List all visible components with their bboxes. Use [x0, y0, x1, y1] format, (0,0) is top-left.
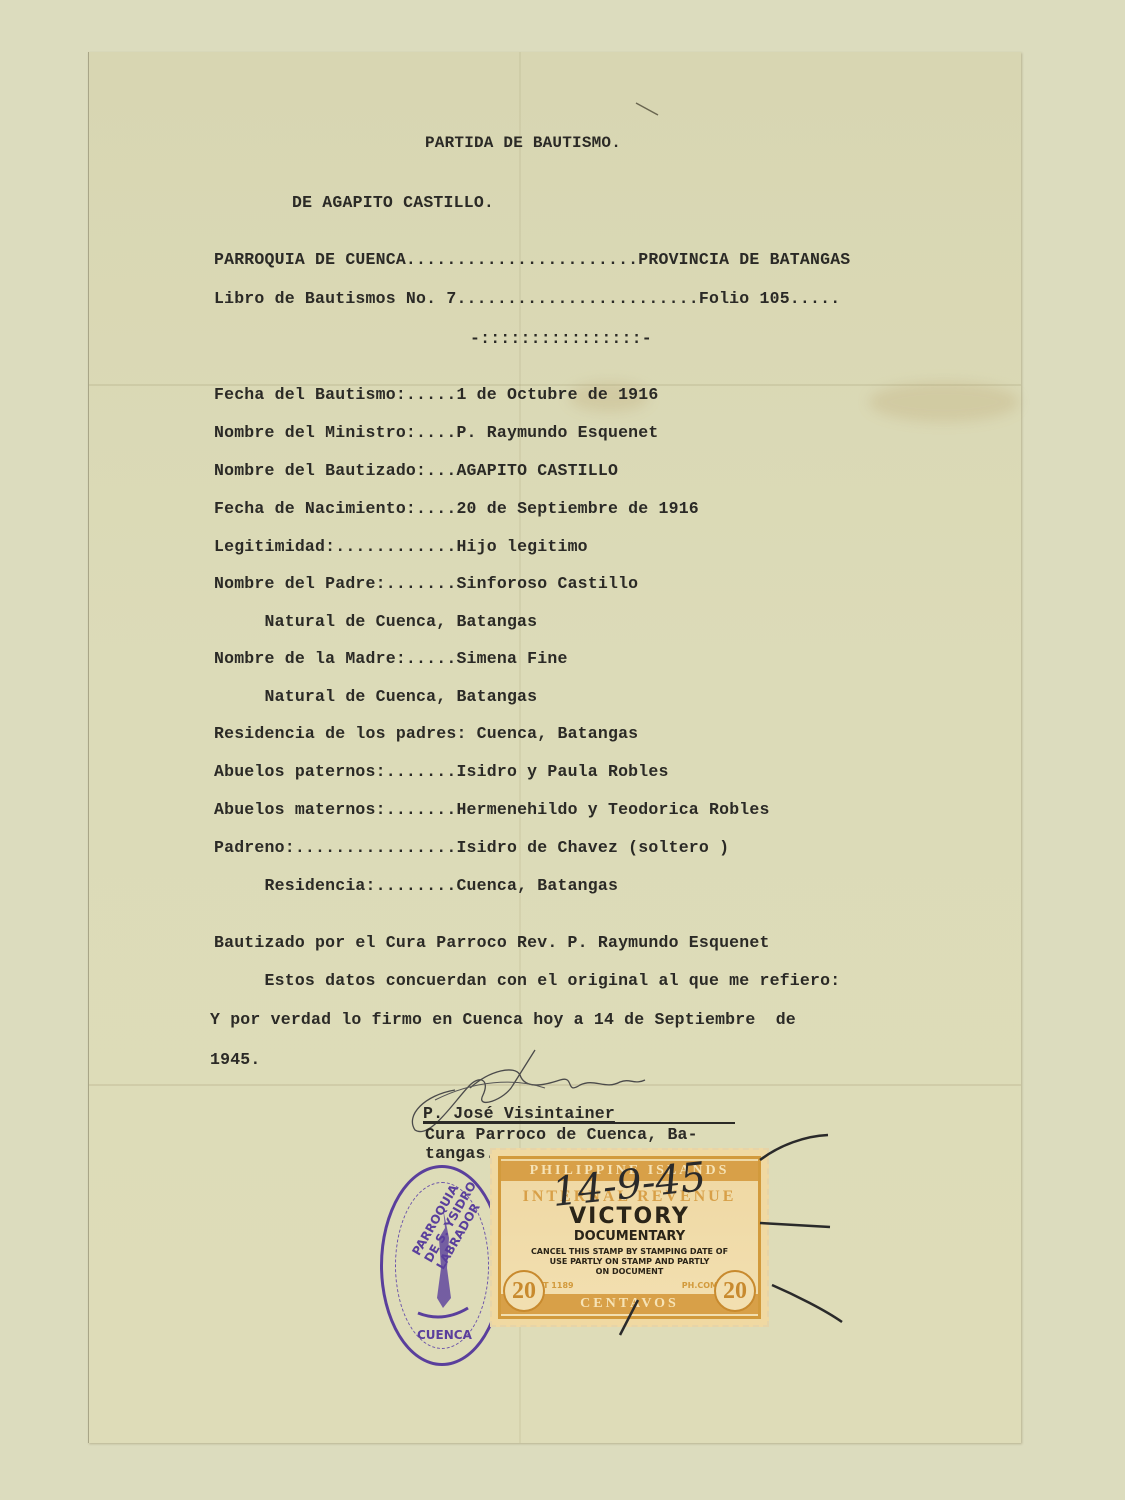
stamp-instructions: ON DOCUMENT: [501, 1267, 758, 1276]
field-row: Abuelos maternos:.......Hermenehildo y T…: [214, 800, 770, 819]
field-row: Nombre del Padre:.......Sinforoso Castil…: [214, 574, 638, 593]
document-title: PARTIDA DE BAUTISMO.: [425, 134, 621, 152]
field-row: Fecha del Bautismo:.....1 de Octubre de …: [214, 385, 659, 404]
field-label: Residencia:........: [214, 876, 456, 895]
field-label: Abuelos paternos:.......: [214, 762, 456, 781]
field-row: Nombre del Bautizado:...AGAPITO CASTILLO: [214, 461, 618, 480]
field-label: Fecha del Bautismo:.....: [214, 385, 456, 404]
field-value: Cuenca, Batangas: [477, 724, 639, 743]
field-value: Isidro y Paula Robles: [456, 762, 668, 781]
field-value: 1 de Octubre de 1916: [456, 385, 658, 404]
closing-line: Estos datos concuerdan con el original a…: [214, 971, 840, 990]
field-label: Abuelos maternos:.......: [214, 800, 456, 819]
stamp-denomination: 20: [503, 1270, 545, 1312]
closing-line: Y por verdad lo firmo en Cuenca hoy a 14…: [210, 1010, 796, 1029]
closing-line: 1945.: [210, 1050, 261, 1069]
parish-line: PARROQUIA DE CUENCA.....................…: [214, 250, 850, 269]
field-value: Simena Fine: [456, 649, 567, 668]
signatory-title-cont: tangas.: [425, 1144, 496, 1163]
field-row: Nombre de la Madre:.....Simena Fine: [214, 649, 568, 668]
parish-seal: PARROQUIA DE S. YSIDRO LABRADOR CUENCA: [380, 1165, 504, 1366]
stamp-denomination: 20: [714, 1270, 756, 1312]
field-value: Hijo legitimo: [456, 537, 587, 556]
signatory-name: P. José Visintainer: [423, 1104, 615, 1123]
field-value: Cuenca, Batangas: [456, 876, 618, 895]
field-value: 20 de Septiembre de 1916: [456, 499, 698, 518]
stamp-subheading: DOCUMENTARY: [501, 1229, 758, 1244]
paper-stain: [869, 382, 1019, 422]
field-label: Nombre del Ministro:....: [214, 423, 456, 442]
field-value: Isidro de Chavez (soltero ): [456, 838, 729, 857]
field-label: Fecha de Nacimiento:....: [214, 499, 456, 518]
field-value: P. Raymundo Esquenet: [456, 423, 658, 442]
closing-line: Bautizado por el Cura Parroco Rev. P. Ra…: [214, 933, 770, 952]
field-value: Hermenehildo y Teodorica Robles: [456, 800, 769, 819]
field-label: Legitimidad:............: [214, 537, 456, 556]
book-folio-line: Libro de Bautismos No. 7................…: [214, 289, 840, 308]
field-row: Residencia de los padres: Cuenca, Batang…: [214, 724, 638, 743]
field-row: Fecha de Nacimiento:....20 de Septiembre…: [214, 499, 699, 518]
separator: -::::::::::::::::-: [470, 329, 652, 348]
field-label: Nombre del Padre:.......: [214, 574, 456, 593]
field-label: Nombre del Bautizado:...: [214, 461, 456, 480]
signatory-title: Cura Parroco de Cuenca, Ba-: [425, 1125, 698, 1144]
stamp-printer: PH.COM: [682, 1281, 718, 1290]
field-value: AGAPITO CASTILLO: [456, 461, 618, 480]
field-row: Residencia:........Cuenca, Batangas: [214, 876, 618, 895]
field-label: Natural de Cuenca, Batangas: [214, 687, 537, 706]
field-row: Natural de Cuenca, Batangas: [214, 687, 537, 706]
field-label: Natural de Cuenca, Batangas: [214, 612, 537, 631]
field-label: Residencia de los padres:: [214, 724, 477, 743]
field-row: Abuelos paternos:.......Isidro y Paula R…: [214, 762, 669, 781]
field-row: Legitimidad:............Hijo legitimo: [214, 537, 588, 556]
document-subtitle: DE AGAPITO CASTILLO.: [292, 193, 494, 212]
field-row: Natural de Cuenca, Batangas: [214, 612, 537, 631]
stamp-instructions: CANCEL THIS STAMP BY STAMPING DATE OF: [501, 1247, 758, 1256]
seal-bottom-text: CUENCA: [417, 1328, 472, 1342]
signature-line: [423, 1122, 735, 1124]
field-label: Padreno:................: [214, 838, 456, 857]
field-value: Sinforoso Castillo: [456, 574, 638, 593]
field-label: Nombre de la Madre:.....: [214, 649, 456, 668]
saint-figure-icon: [413, 1198, 473, 1328]
field-row: Nombre del Ministro:....P. Raymundo Esqu…: [214, 423, 659, 442]
field-row: Padreno:................Isidro de Chavez…: [214, 838, 729, 857]
stamp-instructions: USE PARTLY ON STAMP AND PARTLY: [501, 1257, 758, 1266]
revenue-stamp: PHILIPPINE ISLANDS INTERNAL REVENUE VICT…: [490, 1148, 769, 1327]
